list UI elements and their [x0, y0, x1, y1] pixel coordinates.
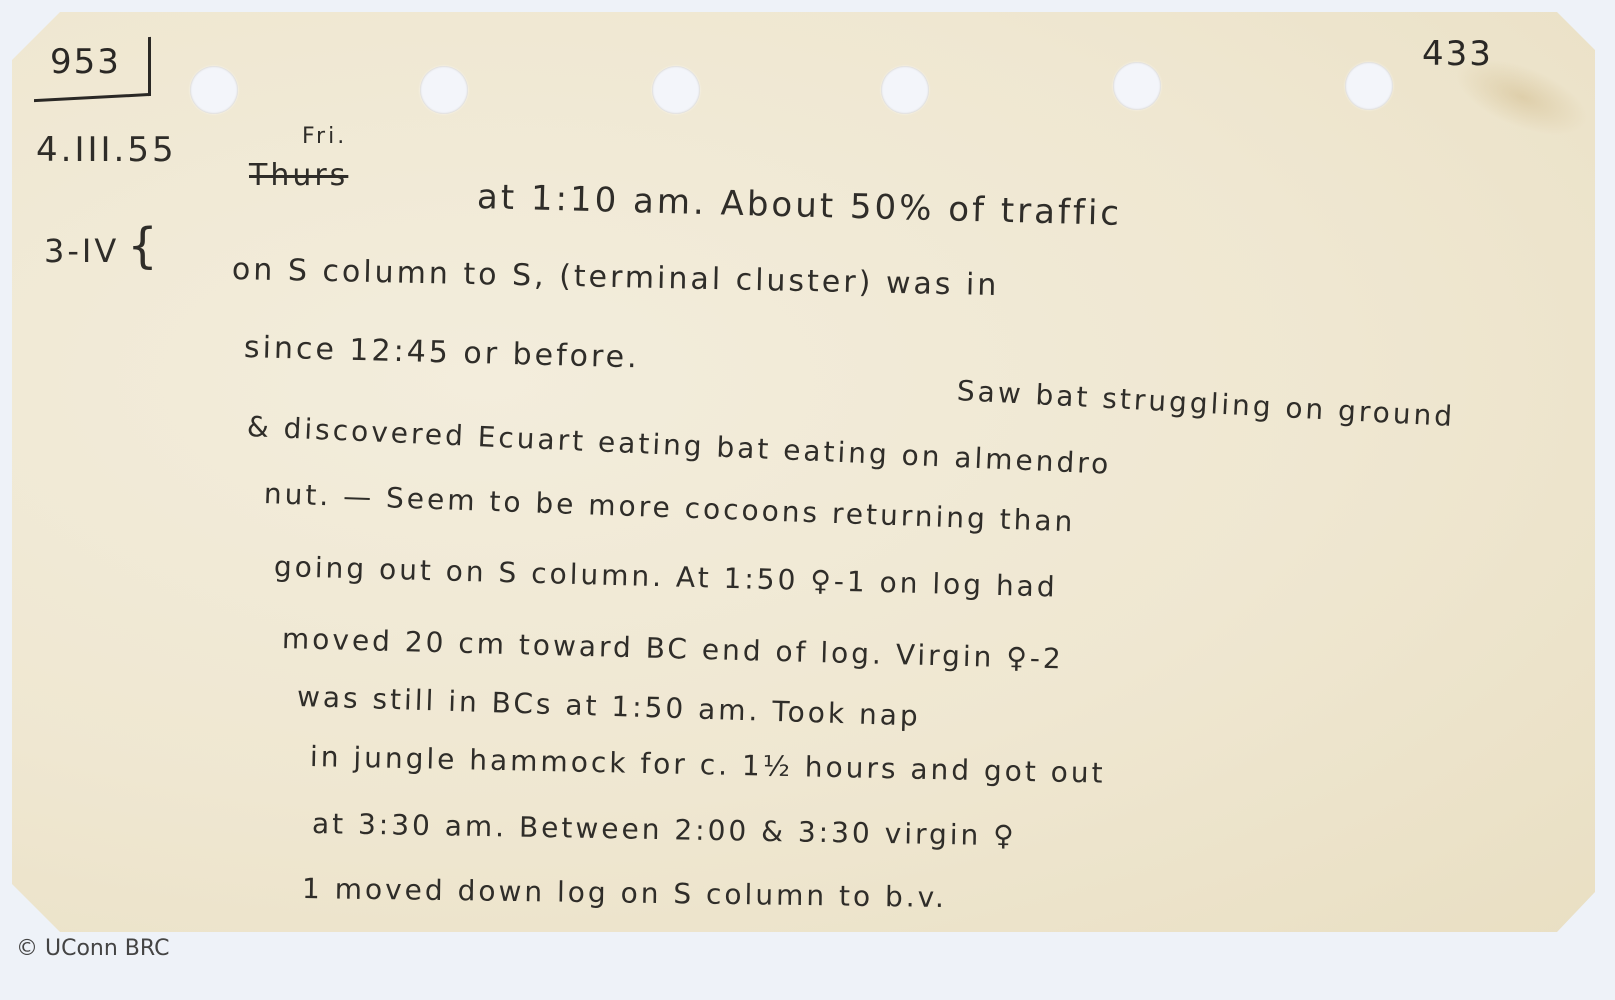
note-line: Saw bat struggling on ground [956, 374, 1456, 433]
note-line: since 12:45 or before. [244, 330, 641, 375]
field-note-card: 953 433 4.III.55 Thurs Fri. 3-IV{ at 1:1… [12, 12, 1595, 932]
note-line: on S column to S, (terminal cluster) was… [232, 252, 1000, 303]
copyright-notice: © UConn BRC [16, 936, 169, 961]
punch-hole [1345, 62, 1393, 110]
punch-hole [881, 66, 929, 114]
note-line: was still in BCs at 1:50 am. Took nap [296, 680, 921, 733]
day-correction: Fri. [302, 124, 347, 149]
note-line: at 1:10 am. About 50% of traffic [476, 177, 1122, 234]
punch-hole [1113, 62, 1161, 110]
date-range: 3-IV{ [44, 218, 161, 274]
note-line: at 3:30 am. Between 2:00 & 3:30 virgin ♀ [312, 807, 1017, 852]
note-line: 1 moved down log on S column to b.v. [302, 872, 947, 914]
punch-hole [190, 66, 238, 114]
punch-hole [420, 66, 468, 114]
note-line: going out on S column. At 1:50 ♀-1 on lo… [274, 550, 1058, 604]
note-line: in jungle hammock for c. 1½ hours and go… [310, 740, 1106, 790]
day-struck: Thurs [249, 158, 348, 193]
punch-hole [652, 66, 700, 114]
entry-date: 4.III.55 [36, 130, 177, 170]
card-number: 953 [50, 42, 121, 82]
entry-day: Thurs [249, 158, 348, 193]
date-text: 4.III.55 [36, 130, 177, 170]
date-range-text: 3-IV [44, 232, 119, 270]
note-line: & discovered Ecuart eating bat eating on… [246, 410, 1112, 481]
note-line: nut. — Seem to be more cocoons returning… [263, 477, 1075, 538]
page-number: 433 [1422, 34, 1493, 74]
note-line: moved 20 cm toward BC end of log. Virgin… [282, 622, 1065, 675]
